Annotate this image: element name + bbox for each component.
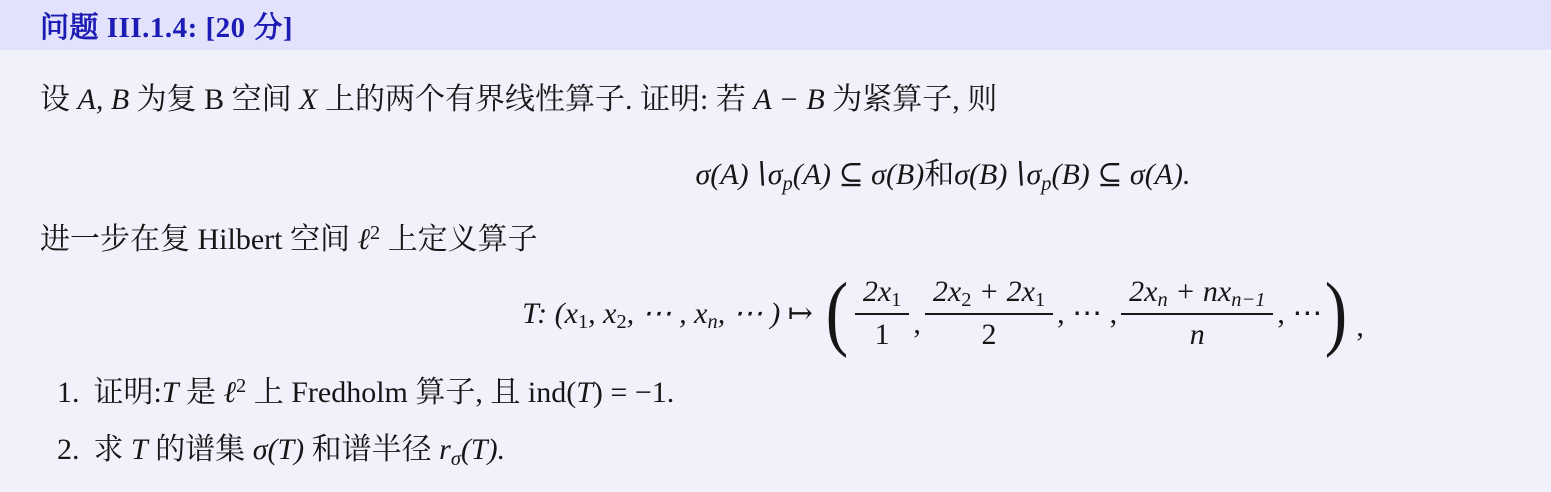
text-run: 算子, 且 bbox=[408, 376, 528, 409]
separator-dots: , ⋯ bbox=[1277, 296, 1322, 331]
operator-definition-equation: T: (x1, x2, ⋯ , xn, ⋯ ) ↦ ( 2x11 , 2x2 +… bbox=[335, 263, 1551, 363]
text-run: 是 bbox=[179, 376, 224, 409]
subscript: n bbox=[708, 311, 718, 333]
hilbert-paragraph: 进一步在复 Hilbert 空间 ℓ2 上定义算子 bbox=[40, 221, 538, 259]
text-run: 和 bbox=[924, 158, 954, 191]
item-number: 1. bbox=[57, 376, 80, 409]
math-run: , ⋯ , x bbox=[627, 297, 708, 330]
text-run: 求 bbox=[94, 433, 132, 466]
problem-header: 问题 III.1.4: [20 分] bbox=[0, 0, 1551, 50]
list-item-1: 1.证明:T 是 ℓ2 上 Fredholm 算子, 且 ind(T) = −1… bbox=[57, 374, 674, 412]
math-run: T: (x bbox=[522, 297, 578, 330]
subscript: 2 bbox=[961, 289, 971, 311]
math-run: σ(A)∖σ bbox=[696, 158, 783, 191]
text-run: ind( bbox=[528, 376, 576, 409]
superscript: 2 bbox=[370, 222, 380, 244]
math-run: , x bbox=[588, 297, 616, 330]
math-run: (A) ⊆ σ(B) bbox=[793, 158, 925, 191]
item-number: 2. bbox=[57, 433, 80, 466]
numerator: 2x2 + 2x1 bbox=[925, 275, 1053, 313]
math-run: X bbox=[299, 83, 317, 116]
denominator: 1 bbox=[855, 313, 910, 352]
math-run: B bbox=[204, 83, 224, 116]
text-run: 证明: bbox=[94, 376, 162, 409]
math-run: , ⋯ ) ↦ bbox=[718, 297, 813, 330]
math-run: 2x bbox=[1129, 275, 1157, 308]
subscript: p bbox=[1041, 173, 1051, 195]
math-run: 2x bbox=[933, 275, 961, 308]
text-run: 的谱集 bbox=[148, 433, 253, 466]
math-run: 2x bbox=[863, 275, 891, 308]
text-run: 上定义算子 bbox=[380, 223, 538, 256]
math-run: ℓ bbox=[224, 376, 237, 409]
spectrum-inclusion-equation: σ(A)∖σp(A) ⊆ σ(B)和σ(B)∖σp(B) ⊆ σ(A). bbox=[335, 149, 1551, 193]
text-run: 进一步在复 bbox=[40, 223, 198, 256]
numerator: 2x1 bbox=[855, 275, 910, 313]
math-run: σ(B)∖σ bbox=[954, 158, 1041, 191]
math-run: σ(T) bbox=[253, 433, 304, 466]
subscript: p bbox=[783, 173, 793, 195]
superscript: 2 bbox=[236, 375, 246, 397]
open-paren: ( bbox=[826, 275, 848, 351]
numerator: 2xn + nxn−1 bbox=[1121, 275, 1273, 313]
problem-title: 问题 III.1.4: [20 分] bbox=[40, 5, 293, 46]
equation-lhs: T: (x1, x2, ⋯ , xn, ⋯ ) ↦ bbox=[522, 296, 813, 331]
problem-page: 问题 III.1.4: [20 分] 设 A, B 为复 B 空间 X 上的两个… bbox=[0, 0, 1551, 492]
text-run: Hilbert bbox=[198, 223, 283, 256]
math-run: r bbox=[439, 433, 451, 466]
close-paren: ) bbox=[1325, 275, 1347, 351]
subscript: 1 bbox=[578, 311, 588, 333]
text-run: Fredholm bbox=[291, 376, 408, 409]
math-run: (B) ⊆ σ(A). bbox=[1051, 158, 1190, 191]
subscript: n−1 bbox=[1231, 289, 1265, 311]
subscript: n bbox=[1157, 289, 1167, 311]
subscript: 1 bbox=[1035, 289, 1045, 311]
fraction-2: 2x2 + 2x12 bbox=[925, 275, 1053, 352]
text-run: 上 bbox=[246, 376, 291, 409]
text-run: 为复 bbox=[129, 83, 204, 116]
separator-comma: , bbox=[913, 307, 921, 341]
subscript: σ bbox=[451, 448, 461, 470]
math-run: A − B bbox=[753, 83, 824, 116]
fraction-1: 2x11 bbox=[855, 275, 910, 352]
math-run: ℓ bbox=[357, 223, 370, 256]
text-run: 空间 bbox=[282, 223, 357, 256]
text-run: 上的两个有界线性算子. 证明: 若 bbox=[318, 83, 754, 116]
math-run: T bbox=[162, 376, 179, 409]
denominator: n bbox=[1121, 313, 1273, 352]
text-run: 空间 bbox=[224, 83, 299, 116]
separator-dots: , ⋯ , bbox=[1057, 296, 1117, 331]
math-run: T bbox=[576, 376, 593, 409]
math-run: + nx bbox=[1168, 275, 1232, 308]
denominator: 2 bbox=[925, 313, 1053, 352]
math-run: (T). bbox=[461, 433, 505, 466]
math-run: A, B bbox=[78, 83, 130, 116]
text-run: 设 bbox=[40, 83, 78, 116]
math-run: + 2x bbox=[971, 275, 1035, 308]
fraction-n: 2xn + nxn−1n bbox=[1121, 275, 1273, 352]
math-run: T bbox=[131, 433, 148, 466]
intro-paragraph: 设 A, B 为复 B 空间 X 上的两个有界线性算子. 证明: 若 A − B… bbox=[40, 81, 997, 119]
text-run: ) = −1. bbox=[593, 376, 674, 409]
text-run: 为紧算子, 则 bbox=[825, 83, 998, 116]
list-item-2: 2.求 T 的谱集 σ(T) 和谱半径 rσ(T). bbox=[57, 431, 505, 469]
subscript: 2 bbox=[616, 311, 626, 333]
subscript: 1 bbox=[891, 289, 901, 311]
trailing-comma: , bbox=[1356, 310, 1364, 344]
text-run: 和谱半径 bbox=[304, 433, 439, 466]
